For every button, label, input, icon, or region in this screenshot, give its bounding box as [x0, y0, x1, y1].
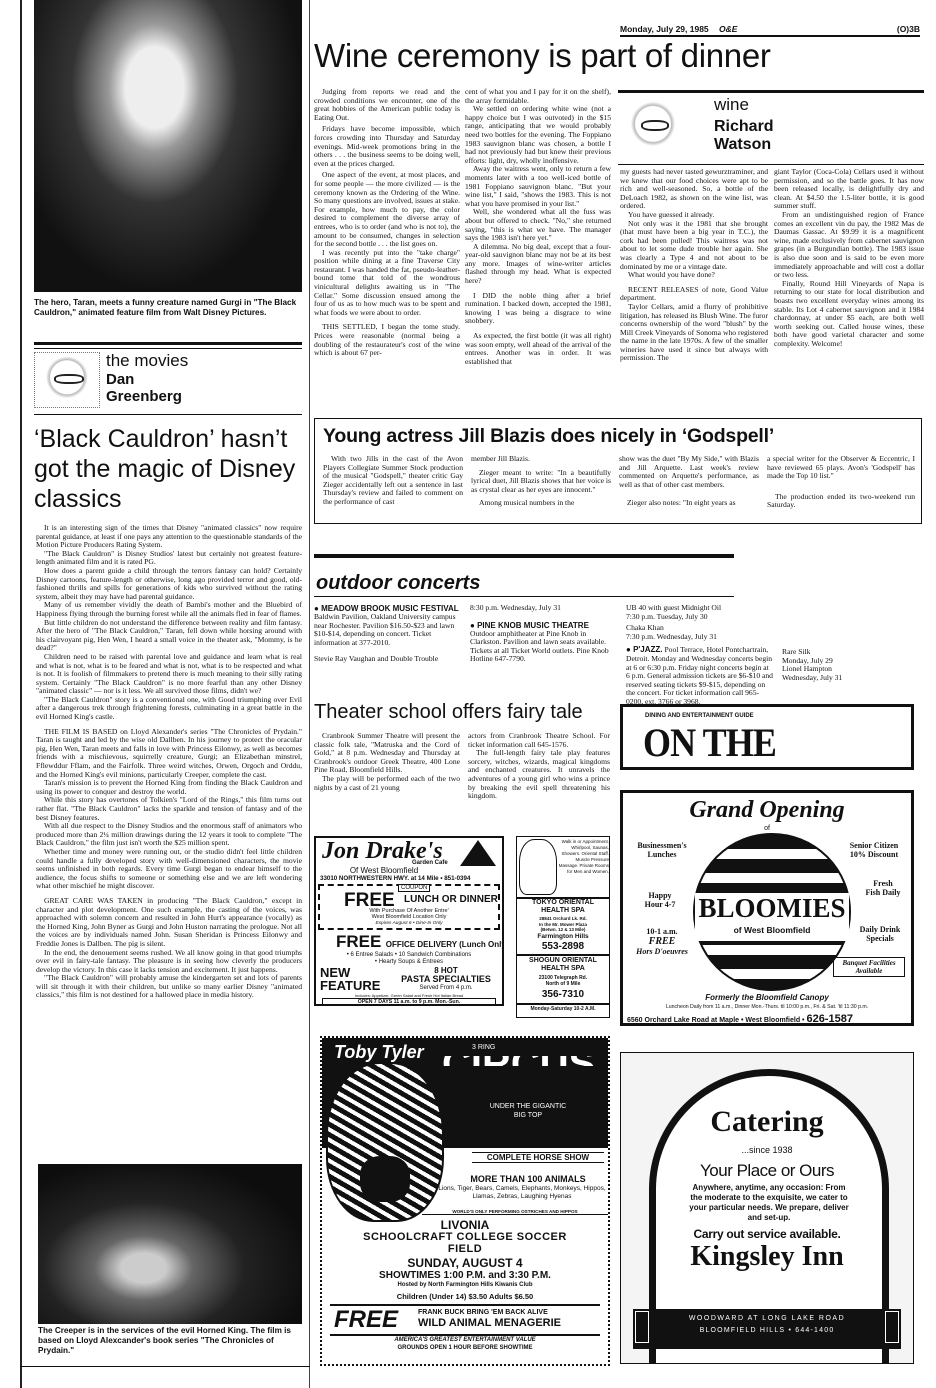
feature-senior-discount: Senior Citizen 10% Discount [841, 841, 907, 859]
paragraph: cent of what you and I pay for it on the… [465, 88, 611, 105]
circus-free: FREE [334, 1306, 398, 1334]
concerts-rule-bottom [314, 596, 734, 597]
paragraph: With all due respect to the Disney Studi… [36, 822, 302, 848]
kingsley-k-crest-right-icon [885, 1311, 899, 1343]
section-name: O&E [719, 24, 737, 34]
paragraph: show was the duet "By My Side," with Bla… [619, 455, 759, 489]
movies-headline: ‘Black Cauldron’ hasn’t got the magic of… [34, 424, 306, 514]
creeper-photo [38, 1164, 302, 1324]
bloomies-phone: 626-1587 [806, 1013, 853, 1025]
on-the-town-title: ON THE TOWN [643, 721, 884, 770]
ostriches-line: WORLD'S ONLY PERFORMING OSTRICHES AND HI… [422, 1209, 608, 1215]
paragraph: The production ended its two-weekend run… [767, 493, 915, 510]
circus-venue: SCHOOLCRAFT COLLEGE SOCCER FIELD [322, 1231, 608, 1255]
paragraph: It is an interesting sign of the times t… [36, 524, 302, 550]
godspell-headline: Young actress Jill Blazis does nicely in… [323, 425, 923, 447]
toby-tyler-circus-ad[interactable]: Toby Tyler 3 RING CIRCUS UNDER THE GIGAN… [320, 1036, 610, 1366]
circus-showtimes: SHOWTIMES 1:00 P.M. and 3:30 P.M. [322, 1270, 608, 1281]
paragraph: Whether time and money were running out,… [36, 848, 302, 891]
paragraph: The full-length fairy tale play features… [468, 749, 610, 801]
paragraph: Not only was it the 1981 that she brough… [620, 220, 768, 272]
kingsley-inn-logo: Kingsley Inn [621, 1241, 913, 1273]
kingsley-k-crest-left-icon [635, 1311, 649, 1343]
wine-col-1: Judging from reports we read and the cro… [314, 88, 460, 358]
jon-drakes-location: Of West Bloomfield [316, 866, 452, 875]
wine-columnist-rule [618, 164, 924, 165]
catering-body: Anywhere, anytime, any occasion: From th… [687, 1183, 851, 1223]
concert-time: 8:30 p.m. Wednesday, July 31 [470, 604, 618, 613]
more-than-100-animals: MORE THAN 100 ANIMALS [450, 1174, 606, 1184]
page-header: Monday, July 29, 1985 O&E (O)3B [620, 24, 920, 34]
top-photo-caption: The hero, Taran, meets a funny creature … [34, 298, 302, 318]
circus-tagline: UNDER THE GIGANTIC BIG TOP [448, 1102, 608, 1120]
paragraph: Many of us remember vividly the death of… [36, 601, 302, 618]
kingsley-address-1: WOODWARD AT LONG LAKE ROAD [621, 1315, 913, 1322]
concerts-col-1: ● MEADOW BROOK MUSIC FESTIVAL Baldwin Pa… [314, 604, 462, 664]
bloomies-name: BLOOMIES [695, 893, 849, 924]
free-meal-coupon[interactable]: COUPON FREE LUNCH OR DINNER With Purchas… [318, 884, 500, 930]
feature-happy-hour: Happy Hour 4-7 [643, 891, 677, 909]
jon-drakes-phone: 851-0394 [444, 875, 470, 882]
page-date: Monday, July 29, 1985 [620, 24, 709, 34]
menu-items-1: • 6 Entree Salads • 10 Sandwich Combinat… [316, 952, 502, 958]
paragraph: From an undistinguished region of France… [774, 211, 924, 280]
venue-info: Baldwin Pavilion, Oakland University cam… [314, 613, 462, 647]
grounds-open: GROUNDS OPEN 1 HOUR BEFORE SHOWTIME [322, 1345, 608, 1351]
circus-prices: Children (Under 14) $3.50 Adults $6.50 [322, 1292, 608, 1301]
kingsley-inn-catering-ad[interactable]: Catering ...since 1938 Your Place or Our… [620, 1052, 914, 1364]
feature-drink-specials: Daily Drink Specials [855, 925, 905, 943]
paragraph: Zieger also notes: "In eight years as [619, 499, 759, 508]
spa-cartoon-illustration [519, 839, 557, 895]
concerts-rule-top [314, 554, 734, 558]
paragraph: What would you have done? [620, 271, 768, 280]
your-place-or-ours: Your Place or Ours [621, 1161, 913, 1181]
paragraph: giant Taylor (Coca-Cola) Cellars used it… [774, 168, 924, 211]
wine-headline: Wine ceremony is part of dinner [314, 38, 924, 74]
grand-opening-title: Grand Opening [623, 797, 911, 824]
paragraph: Children need to be raised with parental… [36, 653, 302, 696]
paragraph: actors from Cranbrook Theatre School. Fo… [468, 732, 610, 749]
concert-act: Stevie Ray Vaughan and Double Trouble [314, 655, 462, 664]
pasta-specials: 8 HOT PASTA SPECIALTIES Served From 4 p.… [390, 966, 502, 993]
movies-column: The hero, Taran, meets a funny creature … [20, 0, 310, 1388]
circus-brand: Toby Tyler [334, 1042, 424, 1063]
concert-time: 7:30 p.m. Tuesday, July 30 [626, 613, 774, 622]
new-feature: NEW FEATURE [320, 966, 380, 992]
paragraph: We settled on ordering white wine (not a… [465, 105, 611, 165]
paragraph: With two Jills in the cast of the Avon P… [323, 455, 463, 507]
since-1938: ...since 1938 [621, 1145, 913, 1155]
banquet-facilities-box: Banquet Facilities Available [833, 957, 905, 977]
godspell-col-2: member Jill Blazis. Zieger meant to writ… [471, 455, 611, 508]
jon-drakes-ad[interactable]: Jon Drake's Garden Cafe Of West Bloomfie… [314, 836, 504, 1006]
venue-pjazz: ● P'JAZZ. Pool Terrace, Hotel Pontchartr… [626, 646, 774, 706]
godspell-col-4: a special writer for the Observer & Ecce… [767, 455, 915, 510]
left-column-bottom-rule [20, 1366, 310, 1367]
section-rule-thin [34, 348, 302, 349]
paragraph: RECENT RELEASES of note, Good Value depa… [620, 286, 768, 303]
paragraph: Cranbrook Summer Theatre will present th… [314, 732, 460, 775]
section-rule-thick [34, 342, 302, 345]
office-delivery-line: FREE OFFICE DELIVERY (Lunch Only) [336, 932, 504, 952]
godspell-col-3: show was the duet "By My Side," with Bla… [619, 455, 759, 508]
paragraph: THIS SETTLED, I began the tome study. Pr… [314, 323, 460, 357]
page-number: (O)3B [897, 24, 920, 34]
bloomies-hours: Luncheon Daily from 11 a.m., Dinner Mon.… [623, 1004, 911, 1010]
tokyo-spa-phone: 553-2898 [517, 941, 609, 952]
columnist-first-name: Richard [714, 118, 774, 136]
dan-greenberg-portrait [34, 352, 100, 408]
concerts-col-4: Rare Silk Monday, July 29 Lionel Hampton… [782, 648, 922, 682]
paragraph: Zieger meant to write: "In a beautifully… [471, 469, 611, 495]
animal-list: Lions, Tiger, Bears, Camels, Elephants, … [438, 1185, 606, 1200]
paragraph: a special writer for the Observer & Ecce… [767, 455, 915, 481]
paragraph: One aspect of the event, at most places,… [314, 171, 460, 248]
wine-columnist-header: wine Richard Watson [622, 96, 774, 158]
wine-columnist-rule-thick [618, 90, 924, 93]
columnist-rule [34, 414, 302, 415]
tokyo-spa-city: Farmington Hills [517, 933, 609, 940]
shogun-spa-name: SHOGUN ORIENTAL HEALTH SPA [519, 957, 607, 973]
on-the-town-banner[interactable]: DINING AND ENTERTAINMENT GUIDE ON THE TO… [620, 704, 914, 770]
paragraph: "The Black Cauldron" story is a conventi… [36, 696, 302, 722]
circus-rule-2 [330, 1334, 600, 1336]
bottom-photo-caption: The Creeper is in the services of the ev… [38, 1326, 302, 1356]
movies-article-body: It is an interesting sign of the times t… [36, 524, 302, 1000]
grand-opening-of: of [623, 825, 911, 832]
jon-drakes-hours: OPEN 7 DAYS 11 a.m. to 9 p.m. Mon.-Sun. [322, 998, 496, 1006]
columnist-first-name: Dan [106, 372, 188, 388]
concert-time: 7:30 p.m. Wednesday, July 31 [626, 633, 774, 642]
godspell-col-1: With two Jills in the cast of the Avon P… [323, 455, 463, 507]
paragraph: GREAT CARE WAS TAKEN in producing "The B… [36, 897, 302, 949]
spa-hours: Monday-Saturday 10-2 A.M. [517, 1006, 609, 1012]
bloomies-address-line: 6560 Orchard Lake Road at Maple • West B… [627, 1013, 907, 1025]
circus-city: LIVONIA [322, 1218, 608, 1232]
bloomies-grand-opening-ad[interactable]: Grand Opening of BLOOMIES of West Bloomf… [620, 790, 914, 1026]
paragraph: Taylor Cellars, amid a flurry of prohibi… [620, 303, 768, 363]
jon-drakes-address-line: 33010 NORTHWESTERN HWY. at 14 Mile • 851… [320, 875, 470, 882]
concert-time: Wednesday, July 31 [782, 674, 922, 683]
movies-columnist-header: the movies Dan Greenberg [34, 352, 188, 408]
paragraph: But little children do not understand th… [36, 619, 302, 653]
theater-headline: Theater school offers fairy tale [314, 700, 583, 724]
coupon-line-2: West Bloomfield Location Only [320, 914, 498, 920]
concerts-col-3: UB 40 with guest Midnight Oil 7:30 p.m. … [626, 604, 774, 707]
columnist-last-name: Watson [714, 136, 774, 154]
shogun-spa-address: 23100 Telegraph Rd. North of 9 Mile [519, 975, 607, 987]
paragraph: A dilemma. No big deal, except that a fo… [465, 243, 611, 286]
column-label: the movies [106, 352, 188, 370]
paragraph: I was recently put into the "take charge… [314, 249, 460, 318]
circus-date: SUNDAY, AUGUST 4 [322, 1256, 608, 1270]
godspell-article-box: Young actress Jill Blazis does nicely in… [314, 418, 922, 524]
paragraph: Taran's mission is to prevent the Horned… [36, 779, 302, 796]
paragraph: Finally, Round Hill Vineyards of Napa is… [774, 280, 924, 349]
paragraph: While this story has overtones of Tolkie… [36, 796, 302, 822]
shogun-spa-phone: 356-7310 [517, 989, 609, 1000]
richard-watson-portrait [622, 96, 684, 158]
tiger-mouth [360, 1156, 410, 1202]
paragraph: I DID the noble thing after a brief rumi… [465, 292, 611, 326]
complete-horse-show: COMPLETE HORSE SHOW [472, 1152, 604, 1163]
paragraph: How does a parent guide a child through … [36, 567, 302, 601]
wine-col-2: cent of what you and I pay for it on the… [465, 88, 611, 366]
formerly-bloomfield-canopy: Formerly the Bloomfield Canopy [623, 993, 911, 1002]
paragraph: Judging from reports we read and the cro… [314, 88, 460, 122]
paragraph: THE FILM IS BASED on Lloyd Alexander's s… [36, 728, 302, 780]
kingsley-address-2: BLOOMFIELD HILLS • 644-1400 [621, 1327, 913, 1334]
concerts-title: outdoor concerts [316, 572, 480, 595]
menagerie: FRANK BUCK BRING 'EM BACK ALIVE WILD ANI… [418, 1307, 561, 1329]
concerts-col-2: 8:30 p.m. Wednesday, July 31 ● PINE KNOB… [470, 604, 618, 664]
carry-out-available: Carry out service available. [621, 1227, 913, 1241]
feature-businessmens-lunches: Businessmen's Lunches [627, 841, 697, 859]
theater-col-1: Cranbrook Summer Theatre will present th… [314, 732, 460, 792]
bloomies-location: of West Bloomfield [695, 925, 849, 935]
feature-free-hors-doeuvres: 10-1 a.m. FREE Hors D'oeuvres [625, 927, 699, 957]
paragraph: "The Black Cauldron" is Disney Studios' … [36, 550, 302, 567]
paragraph: Fridays have become impossible, which fo… [314, 125, 460, 168]
spa-services: Walk in or Appointment. Whirlpool, Sauna… [557, 839, 609, 875]
entertainment-value: AMERICA'S GREATEST ENTERTAINMENT VALUE [322, 1337, 608, 1343]
paragraph: As expected, the first bottle (it was al… [465, 332, 611, 366]
columnist-last-name: Greenberg [106, 388, 188, 405]
paragraph: Well, she wondered what all the fuss was… [465, 208, 611, 242]
paragraph: my guests had never tasted gewurztramine… [620, 168, 768, 211]
tent-logo-icon [460, 840, 496, 866]
catering-title: Catering [621, 1105, 913, 1139]
wine-col-3: my guests had never tasted gewurztramine… [620, 168, 768, 363]
oriental-spa-ad[interactable]: Walk in or Appointment. Whirlpool, Sauna… [516, 836, 610, 1018]
black-cauldron-photo-taran-gurgi [34, 0, 302, 292]
venue-info: Outdoor amphitheater at Pine Knob in Cla… [470, 630, 618, 664]
coupon-expires: Expires August 6 • Dine-In Only [320, 921, 498, 926]
column-label: wine [714, 96, 774, 114]
on-the-town-subtitle: DINING AND ENTERTAINMENT GUIDE [645, 713, 754, 719]
tokyo-spa-address: 28841 Orchard Lk. Rd. In the Mr. Mower P… [519, 916, 607, 933]
paragraph: The play will be performed each of the t… [314, 775, 460, 792]
spa-rule-2 [517, 954, 610, 956]
paragraph: member Jill Blazis. [471, 455, 611, 464]
paragraph: Among musical numbers in the [471, 499, 611, 508]
theater-col-2: actors from Cranbrook Theatre School. Fo… [468, 732, 610, 801]
coupon-offer: LUNCH OR DINNER [404, 894, 498, 905]
paragraph: In the end, the denouement seems rushed.… [36, 949, 302, 975]
paragraph: "The Black Cauldron" will probably amuse… [36, 974, 302, 1000]
circus-three-ring: 3 RING [472, 1044, 495, 1051]
paragraph: Away the waitress went, only to return a… [465, 165, 611, 208]
coupon-tag: COUPON [398, 884, 430, 892]
wine-col-4: giant Taylor (Coca-Cola) Cellars used it… [774, 168, 924, 348]
circus-host: Hosted by North Farmington Hills Kiwanis… [322, 1282, 608, 1288]
spa-rule-3 [517, 1003, 610, 1005]
feature-fresh-fish: Fresh Fish Daily [865, 879, 901, 897]
tokyo-spa-name: TOKYO ORIENTAL HEALTH SPA [519, 899, 607, 915]
